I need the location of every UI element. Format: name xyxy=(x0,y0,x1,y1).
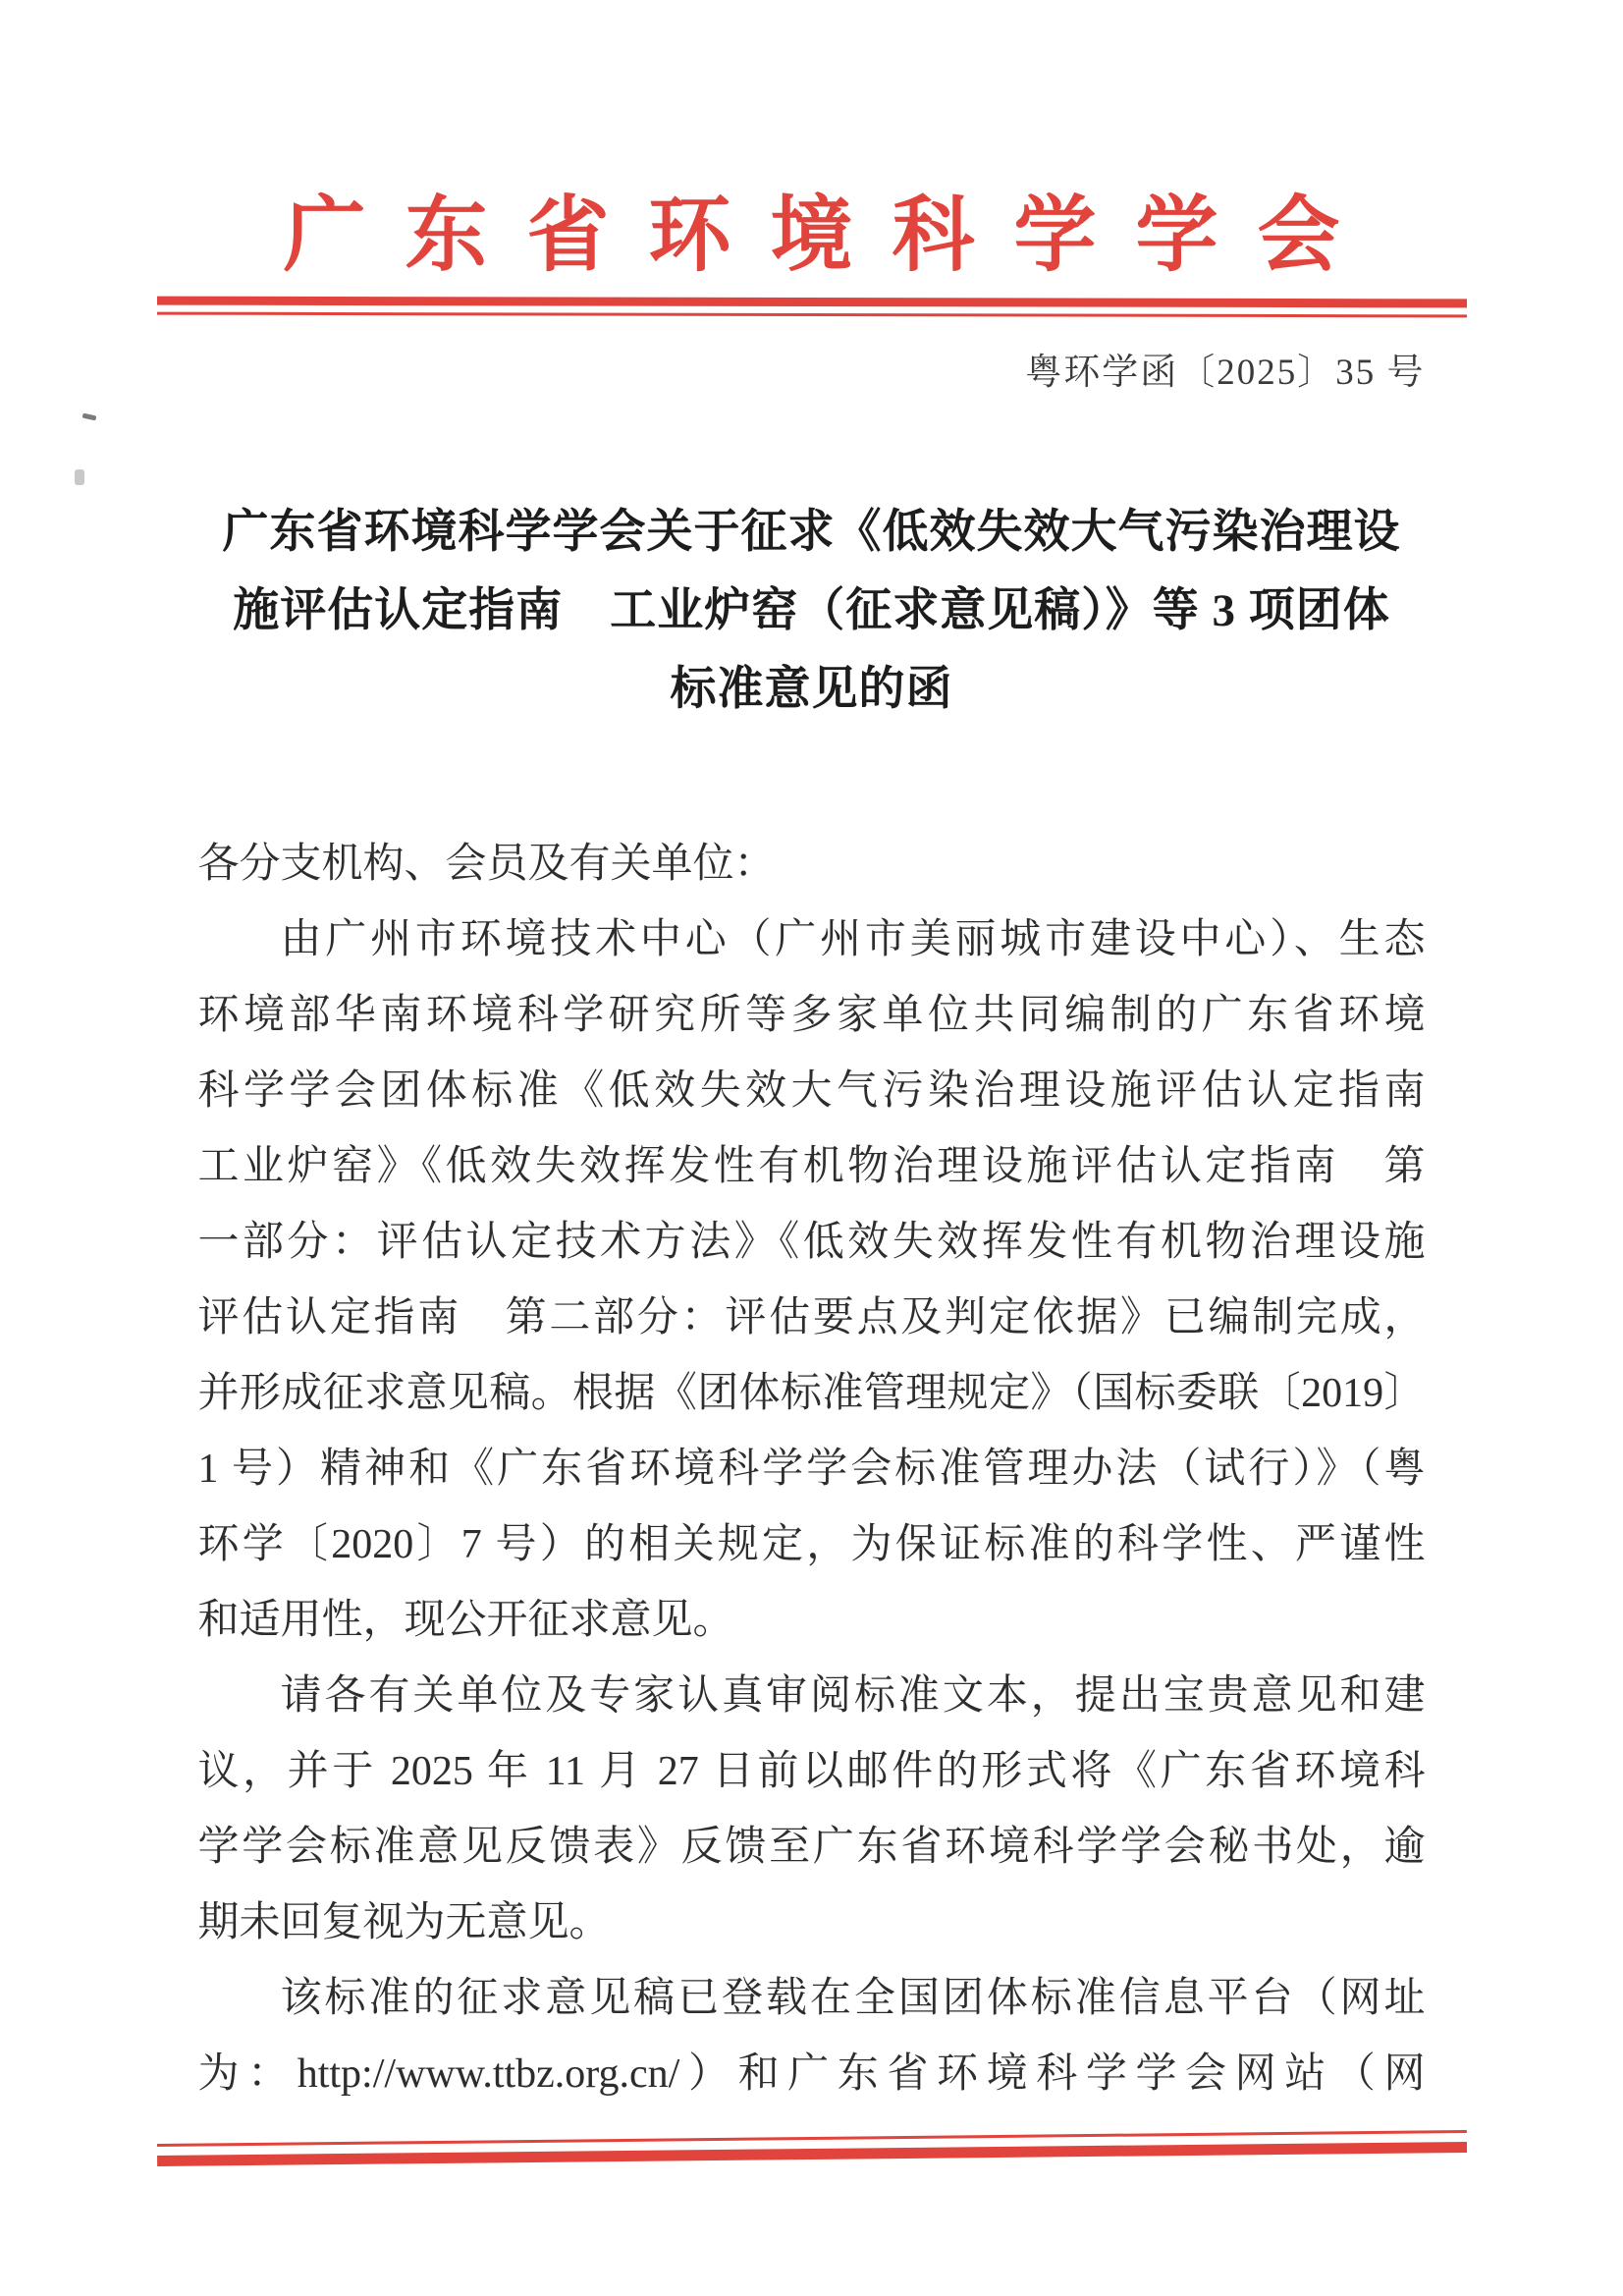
body-line: 该标准的征求意见稿已登载在全国团体标准信息平台（网址 xyxy=(198,1961,1426,2037)
scan-artifact xyxy=(75,469,84,485)
body-line: 评估认定指南 第二部分：评估要点及判定依据》已编制完成， xyxy=(198,1281,1426,1356)
body-line: 为：http://www.ttbz.org.cn/）和广东省环境科学学会网站（网 xyxy=(198,2037,1426,2112)
footer-double-rule xyxy=(156,2130,1466,2166)
body-line: 学学会标准意见反馈表》反馈至广东省环境科学学会秘书处，逾 xyxy=(198,1810,1426,1886)
scan-artifact xyxy=(82,413,97,421)
body-line: 和适用性，现公开征求意见。 xyxy=(198,1583,1426,1659)
letter-body: 各分支机构、会员及有关单位： 由广州市环境技术中心（广州市美丽城市建设中心）、生… xyxy=(198,827,1426,2112)
body-line: 由广州市环境技术中心（广州市美丽城市建设中心）、生态 xyxy=(198,902,1426,978)
letterhead-double-rule xyxy=(156,296,1466,317)
document-title: 广东省环境科学学会关于征求《低效失效大气污染治理设 施评估认定指南 工业炉窑（征… xyxy=(198,493,1426,729)
rule-thick xyxy=(157,2142,1467,2166)
body-line: 议，并于 2025 年 11 月 27 日前以邮件的形式将《广东省环境科 xyxy=(198,1734,1426,1810)
letter-content: 广东省环境科学学会 粤环学函〔2025〕35 号 广东省环境科学学会关于征求《低… xyxy=(198,0,1426,2112)
title-line: 标准意见的函 xyxy=(198,650,1426,729)
body-line: 并形成征求意见稿。根据《团体标准管理规定》（国标委联〔2019〕 xyxy=(198,1356,1426,1432)
body-line: 1 号）精神和《广东省环境科学学会标准管理办法（试行）》（粤 xyxy=(198,1432,1426,1507)
body-line: 期未回复视为无意见。 xyxy=(198,1886,1426,1961)
body-line: 请各有关单位及专家认真审阅标准文本，提出宝贵意见和建 xyxy=(198,1659,1426,1734)
title-line: 广东省环境科学学会关于征求《低效失效大气污染治理设 xyxy=(198,493,1426,572)
rule-thin xyxy=(156,311,1466,317)
title-line: 施评估认定指南 工业炉窑（征求意见稿）》等 3 项团体 xyxy=(198,572,1426,650)
document-number: 粤环学函〔2025〕35 号 xyxy=(198,342,1426,395)
rule-thick xyxy=(157,296,1467,307)
letterhead-org-name: 广东省环境科学学会 xyxy=(198,0,1426,282)
body-line: 环境部华南环境科学研究所等多家单位共同编制的广东省环境 xyxy=(198,978,1426,1054)
body-line: 环学〔2020〕7 号）的相关规定，为保证标准的科学性、严谨性 xyxy=(198,1507,1426,1583)
salutation: 各分支机构、会员及有关单位： xyxy=(198,827,1426,902)
body-line: 科学学会团体标准《低效失效大气污染治理设施评估认定指南 xyxy=(198,1054,1426,1129)
body-line: 一部分：评估认定技术方法》《低效失效挥发性有机物治理设施 xyxy=(198,1205,1426,1281)
letter-page: 广东省环境科学学会 粤环学函〔2025〕35 号 广东省环境科学学会关于征求《低… xyxy=(0,0,1623,2296)
body-line: 工业炉窑》《低效失效挥发性有机物治理设施评估认定指南 第 xyxy=(198,1129,1426,1205)
